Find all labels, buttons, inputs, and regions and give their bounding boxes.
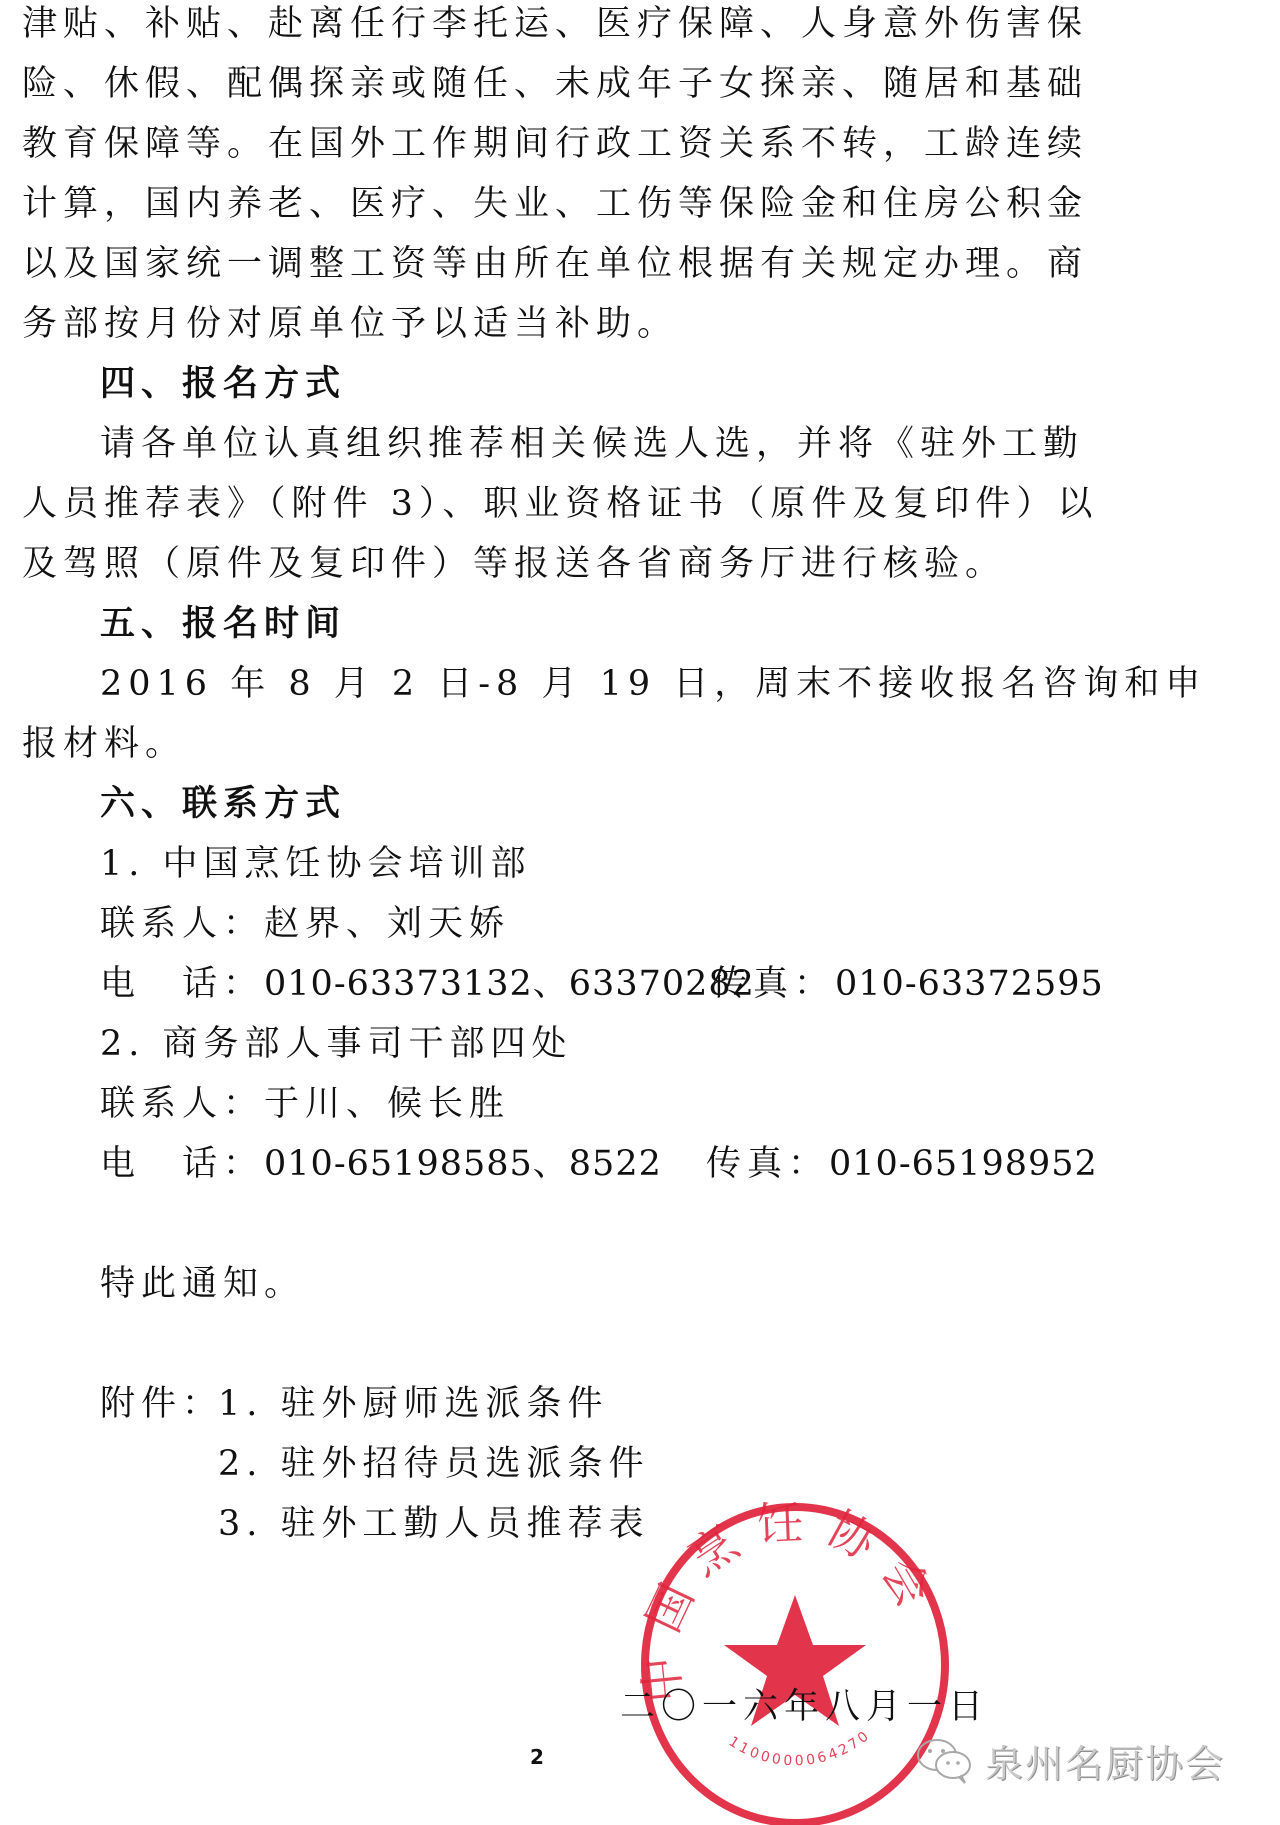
body-line: 2016 年 8 月 2 日-8 月 19 日，周末不接收报名咨询和申: [100, 654, 1052, 714]
phone-label: 电 话：: [100, 1144, 264, 1184]
fax-value: 010-63372595: [835, 964, 1104, 1004]
contact-org: 2. 商务部人事司干部四处: [100, 1014, 573, 1074]
body-line: 及驾照（原件及复印件）等报送各省商务厅进行核验。: [22, 534, 1006, 594]
section-heading-registration-method: 四、报名方式: [100, 354, 346, 414]
document-page: 津贴、补贴、赴离任行李托运、医疗保障、人身意外伤害保 险、休假、配偶探亲或随任、…: [0, 0, 1280, 1825]
contact-fax-row: 传真：010-63372595: [712, 954, 1104, 1014]
body-line: 以及国家统一调整工资等由所在单位根据有关规定办理。商: [22, 234, 1052, 294]
contact-person: 联系人：于川、候长胜: [100, 1074, 510, 1134]
phone-label: 电 话：: [100, 964, 264, 1004]
fax-value: 010-65198952: [829, 1144, 1098, 1184]
fax-label: 传真：: [712, 964, 835, 1004]
watermark: 泉州名厨协会: [915, 1730, 1225, 1790]
contact-org: 1. 中国烹饪协会培训部: [100, 834, 532, 894]
section-heading-contact: 六、联系方式: [100, 774, 346, 834]
closing-text: 特此通知。: [100, 1254, 305, 1314]
page-number: 2: [530, 1745, 544, 1769]
watermark-text: 泉州名厨协会: [985, 1733, 1225, 1788]
attachment-item: 2. 驻外招待员选派条件: [218, 1434, 650, 1494]
phone-value: 010-63373132、63370282: [264, 964, 755, 1004]
contact-phone-row: 电 话：010-65198585、8522: [100, 1134, 662, 1194]
attachment-item: 1. 驻外厨师选派条件: [218, 1374, 609, 1434]
official-seal-icon: 中国烹饪协会 1100000064270: [630, 1500, 960, 1825]
body-line: 务部按月份对原单位予以适当补助。: [22, 294, 678, 354]
attachment-item: 3. 驻外工勤人员推荐表: [218, 1494, 650, 1554]
body-line: 教育保障等。在国外工作期间行政工资关系不转，工龄连续: [22, 114, 1052, 174]
document-date: 二〇一六年八月一日: [620, 1677, 989, 1737]
body-line: 报材料。: [22, 714, 186, 774]
wechat-icon: [915, 1735, 977, 1785]
contact-fax-row: 传真：010-65198952: [706, 1134, 1098, 1194]
body-line: 人员推荐表》（附件 3）、职业资格证书（原件及复印件）以: [22, 474, 1052, 534]
body-line: 津贴、补贴、赴离任行李托运、医疗保障、人身意外伤害保: [22, 0, 1052, 54]
contact-person: 联系人：赵界、刘天娇: [100, 894, 510, 954]
contact-phone-row: 电 话：010-63373132、63370282: [100, 954, 755, 1014]
fax-label: 传真：: [706, 1144, 829, 1184]
body-line: 请各单位认真组织推荐相关候选人选，并将《驻外工勤: [100, 414, 1052, 474]
attachments-label: 附件：: [100, 1374, 223, 1434]
phone-value: 010-65198585、8522: [264, 1144, 662, 1184]
body-line: 计算，国内养老、医疗、失业、工伤等保险金和住房公积金: [22, 174, 1052, 234]
body-line: 险、休假、配偶探亲或随任、未成年子女探亲、随居和基础: [22, 54, 1052, 114]
section-heading-registration-time: 五、报名时间: [100, 594, 346, 654]
